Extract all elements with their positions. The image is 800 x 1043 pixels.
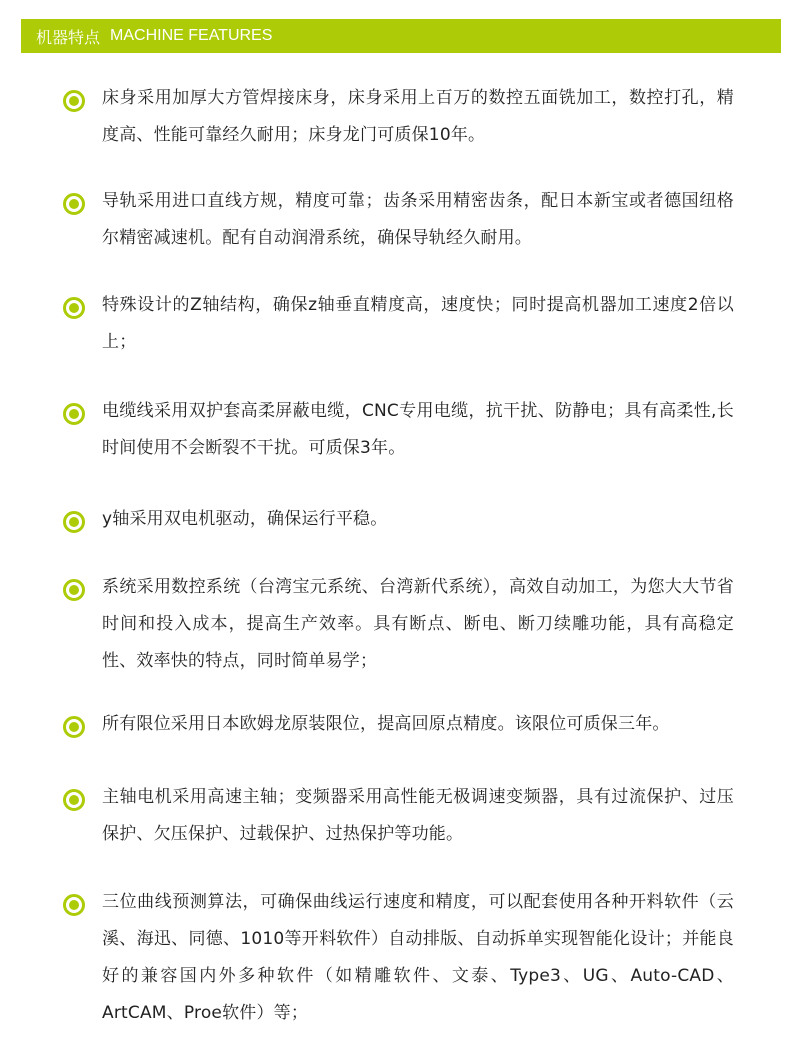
circle-dot-icon [63,193,85,215]
feature-text: 主轴电机采用高速主轴；变频器采用高性能无极调速变频器，具有过流保护、过压保护、欠… [102,779,734,853]
feature-text: 床身采用加厚大方管焊接床身，床身采用上百万的数控五面铣加工，数控打孔，精度高、性… [102,80,734,154]
section-title-en: MACHINE FEATURES [110,27,272,45]
feature-text: 导轨采用进口直线方规，精度可靠；齿条采用精密齿条，配日本新宝或者德国纽格尔精密减… [102,183,734,257]
feature-item: 三位曲线预测算法，可确保曲线运行速度和精度，可以配套使用各种开料软件（云溪、海迅… [63,890,743,1032]
section-title-cn: 机器特点 [36,25,100,48]
section-header: 机器特点 MACHINE FEATURES [21,19,781,53]
feature-item: y轴采用双电机驱动，确保运行平稳。 [63,507,743,538]
feature-text: 特殊设计的Z轴结构，确保z轴垂直精度高，速度快；同时提高机器加工速度2倍以上； [102,287,734,361]
circle-dot-icon [63,716,85,738]
feature-text: 所有限位采用日本欧姆龙原装限位，提高回原点精度。该限位可质保三年。 [102,706,734,743]
circle-dot-icon [63,297,85,319]
circle-dot-icon [63,403,85,425]
circle-dot-icon [63,789,85,811]
feature-text: y轴采用双电机驱动，确保运行平稳。 [102,501,734,538]
feature-item: 系统采用数控系统（台湾宝元系统、台湾新代系统），高效自动加工，为您大大节省时间和… [63,575,743,680]
feature-item: 所有限位采用日本欧姆龙原装限位，提高回原点精度。该限位可质保三年。 [63,712,743,743]
circle-dot-icon [63,579,85,601]
feature-item: 主轴电机采用高速主轴；变频器采用高性能无极调速变频器，具有过流保护、过压保护、欠… [63,785,743,853]
feature-item: 导轨采用进口直线方规，精度可靠；齿条采用精密齿条，配日本新宝或者德国纽格尔精密减… [63,189,743,257]
feature-item: 特殊设计的Z轴结构，确保z轴垂直精度高，速度快；同时提高机器加工速度2倍以上； [63,293,743,361]
circle-dot-icon [63,90,85,112]
feature-item: 电缆线采用双护套高柔屏蔽电缆，CNC专用电缆，抗干扰、防静电；具有高柔性,长时间… [63,399,743,467]
circle-dot-icon [63,894,85,916]
feature-text: 系统采用数控系统（台湾宝元系统、台湾新代系统），高效自动加工，为您大大节省时间和… [102,569,734,680]
feature-text: 三位曲线预测算法，可确保曲线运行速度和精度，可以配套使用各种开料软件（云溪、海迅… [102,884,734,1032]
circle-dot-icon [63,511,85,533]
feature-text: 电缆线采用双护套高柔屏蔽电缆，CNC专用电缆，抗干扰、防静电；具有高柔性,长时间… [102,393,734,467]
feature-item: 床身采用加厚大方管焊接床身，床身采用上百万的数控五面铣加工，数控打孔，精度高、性… [63,86,743,154]
